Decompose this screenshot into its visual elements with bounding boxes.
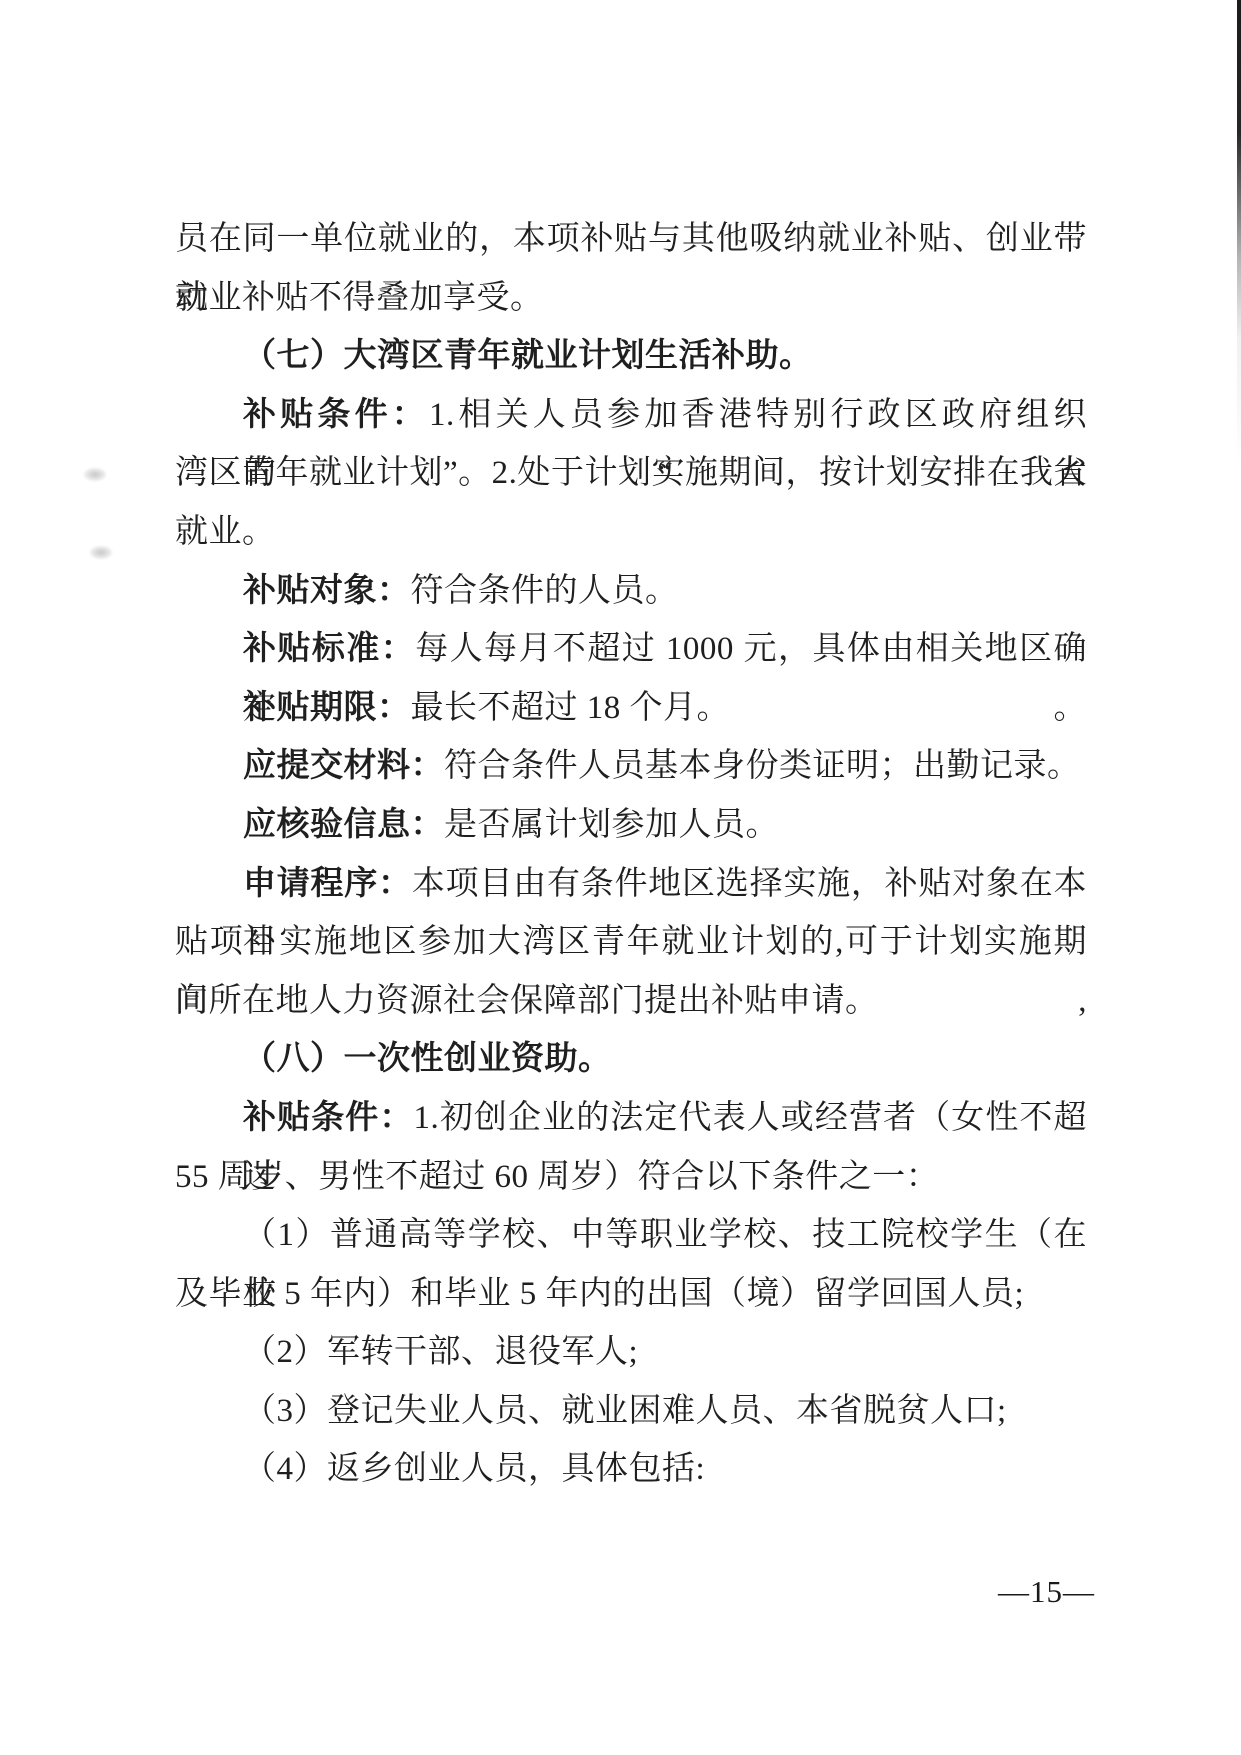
line-text: 及毕业 5 年内）和毕业 5 年内的出国（境）留学回国人员; [175,1276,1024,1312]
line-text: 符合条件人员基本身份类证明；出勤记录。 [444,748,1081,784]
line-text: 湾区青年就业计划”。2.处于计划实施期间，按计划安排在我省 [175,455,1087,491]
scan-smudge-artifact [90,546,112,559]
text-line: 补贴对象：符合条件的人员。 [175,562,1087,621]
text-line: （3）登记失业人员、就业困难人员、本省脱贫人口; [175,1382,1087,1441]
line-text: 就业。 [175,514,276,550]
document-page: 员在同一单位就业的，本项补贴与其他吸纳就业补贴、创业带动 就业补贴不得叠加享受。… [0,0,1241,1755]
line-label: 补贴条件： [243,397,429,433]
line-text: （2）军转干部、退役军人; [243,1334,638,1370]
line-text: （4）返乡创业人员，具体包括: [243,1451,705,1487]
text-line: （1）普通高等学校、中等职业学校、技工院校学生（在校 [175,1206,1087,1265]
line-text: 符合条件的人员。 [411,573,679,609]
text-line: 补贴条件：1.初创企业的法定代表人或经营者（女性不超过 [175,1089,1087,1148]
line-label: 申请程序： [243,866,412,902]
line-text: 最长不超过 18 个月。 [411,690,731,726]
text-line: 就业补贴不得叠加享受。 [175,269,1087,328]
text-line: 及毕业 5 年内）和毕业 5 年内的出国（境）留学回国人员; [175,1265,1087,1324]
text-line: 湾区青年就业计划”。2.处于计划实施期间，按计划安排在我省 [175,444,1087,503]
text-line: 员在同一单位就业的，本项补贴与其他吸纳就业补贴、创业带动 [175,210,1087,269]
text-line: （4）返乡创业人员，具体包括: [175,1440,1087,1499]
page-number: —15— [998,1572,1095,1612]
line-label: 补贴标准： [243,631,415,667]
line-label: 补贴对象： [243,573,411,609]
text-line: 55 周岁、男性不超过 60 周岁）符合以下条件之一： [175,1148,1087,1207]
line-text: （3）登记失业人员、就业困难人员、本省脱贫人口; [243,1393,1007,1429]
document-body: 员在同一单位就业的，本项补贴与其他吸纳就业补贴、创业带动 就业补贴不得叠加享受。… [175,210,1087,1499]
text-line: （八）一次性创业资助。 [175,1030,1087,1089]
line-label: （八）一次性创业资助。 [243,1041,612,1077]
text-line: 补贴条件：1.相关人员参加香港特别行政区政府组织的“大 [175,386,1087,445]
text-line: 应核验信息：是否属计划参加人员。 [175,796,1087,855]
line-text: 向所在地人力资源社会保障部门提出补贴申请。 [175,983,879,1019]
text-line: 补贴标准：每人每月不超过 1000 元，具体由相关地区确定。 [175,620,1087,679]
line-label: 补贴期限： [243,690,411,726]
text-line: 贴项目实施地区参加大湾区青年就业计划的,可于计划实施期间, [175,913,1087,972]
line-label: 应核验信息： [243,807,444,843]
line-label: 补贴条件： [243,1100,413,1136]
line-text: 是否属计划参加人员。 [444,807,779,843]
text-line: （2）军转干部、退役军人; [175,1323,1087,1382]
text-line: 申请程序：本项目由有条件地区选择实施，补贴对象在本补 [175,855,1087,914]
scan-edge-artifact [1237,0,1241,470]
line-text: 就业补贴不得叠加享受。 [175,280,544,316]
scan-smudge-artifact [84,468,106,481]
text-line: （七）大湾区青年就业计划生活补助。 [175,327,1087,386]
text-line: 应提交材料：符合条件人员基本身份类证明；出勤记录。 [175,737,1087,796]
line-label: （七）大湾区青年就业计划生活补助。 [243,338,813,374]
text-line: 就业。 [175,503,1087,562]
line-label: 应提交材料： [243,748,444,784]
line-text: 55 周岁、男性不超过 60 周岁）符合以下条件之一： [175,1159,939,1195]
